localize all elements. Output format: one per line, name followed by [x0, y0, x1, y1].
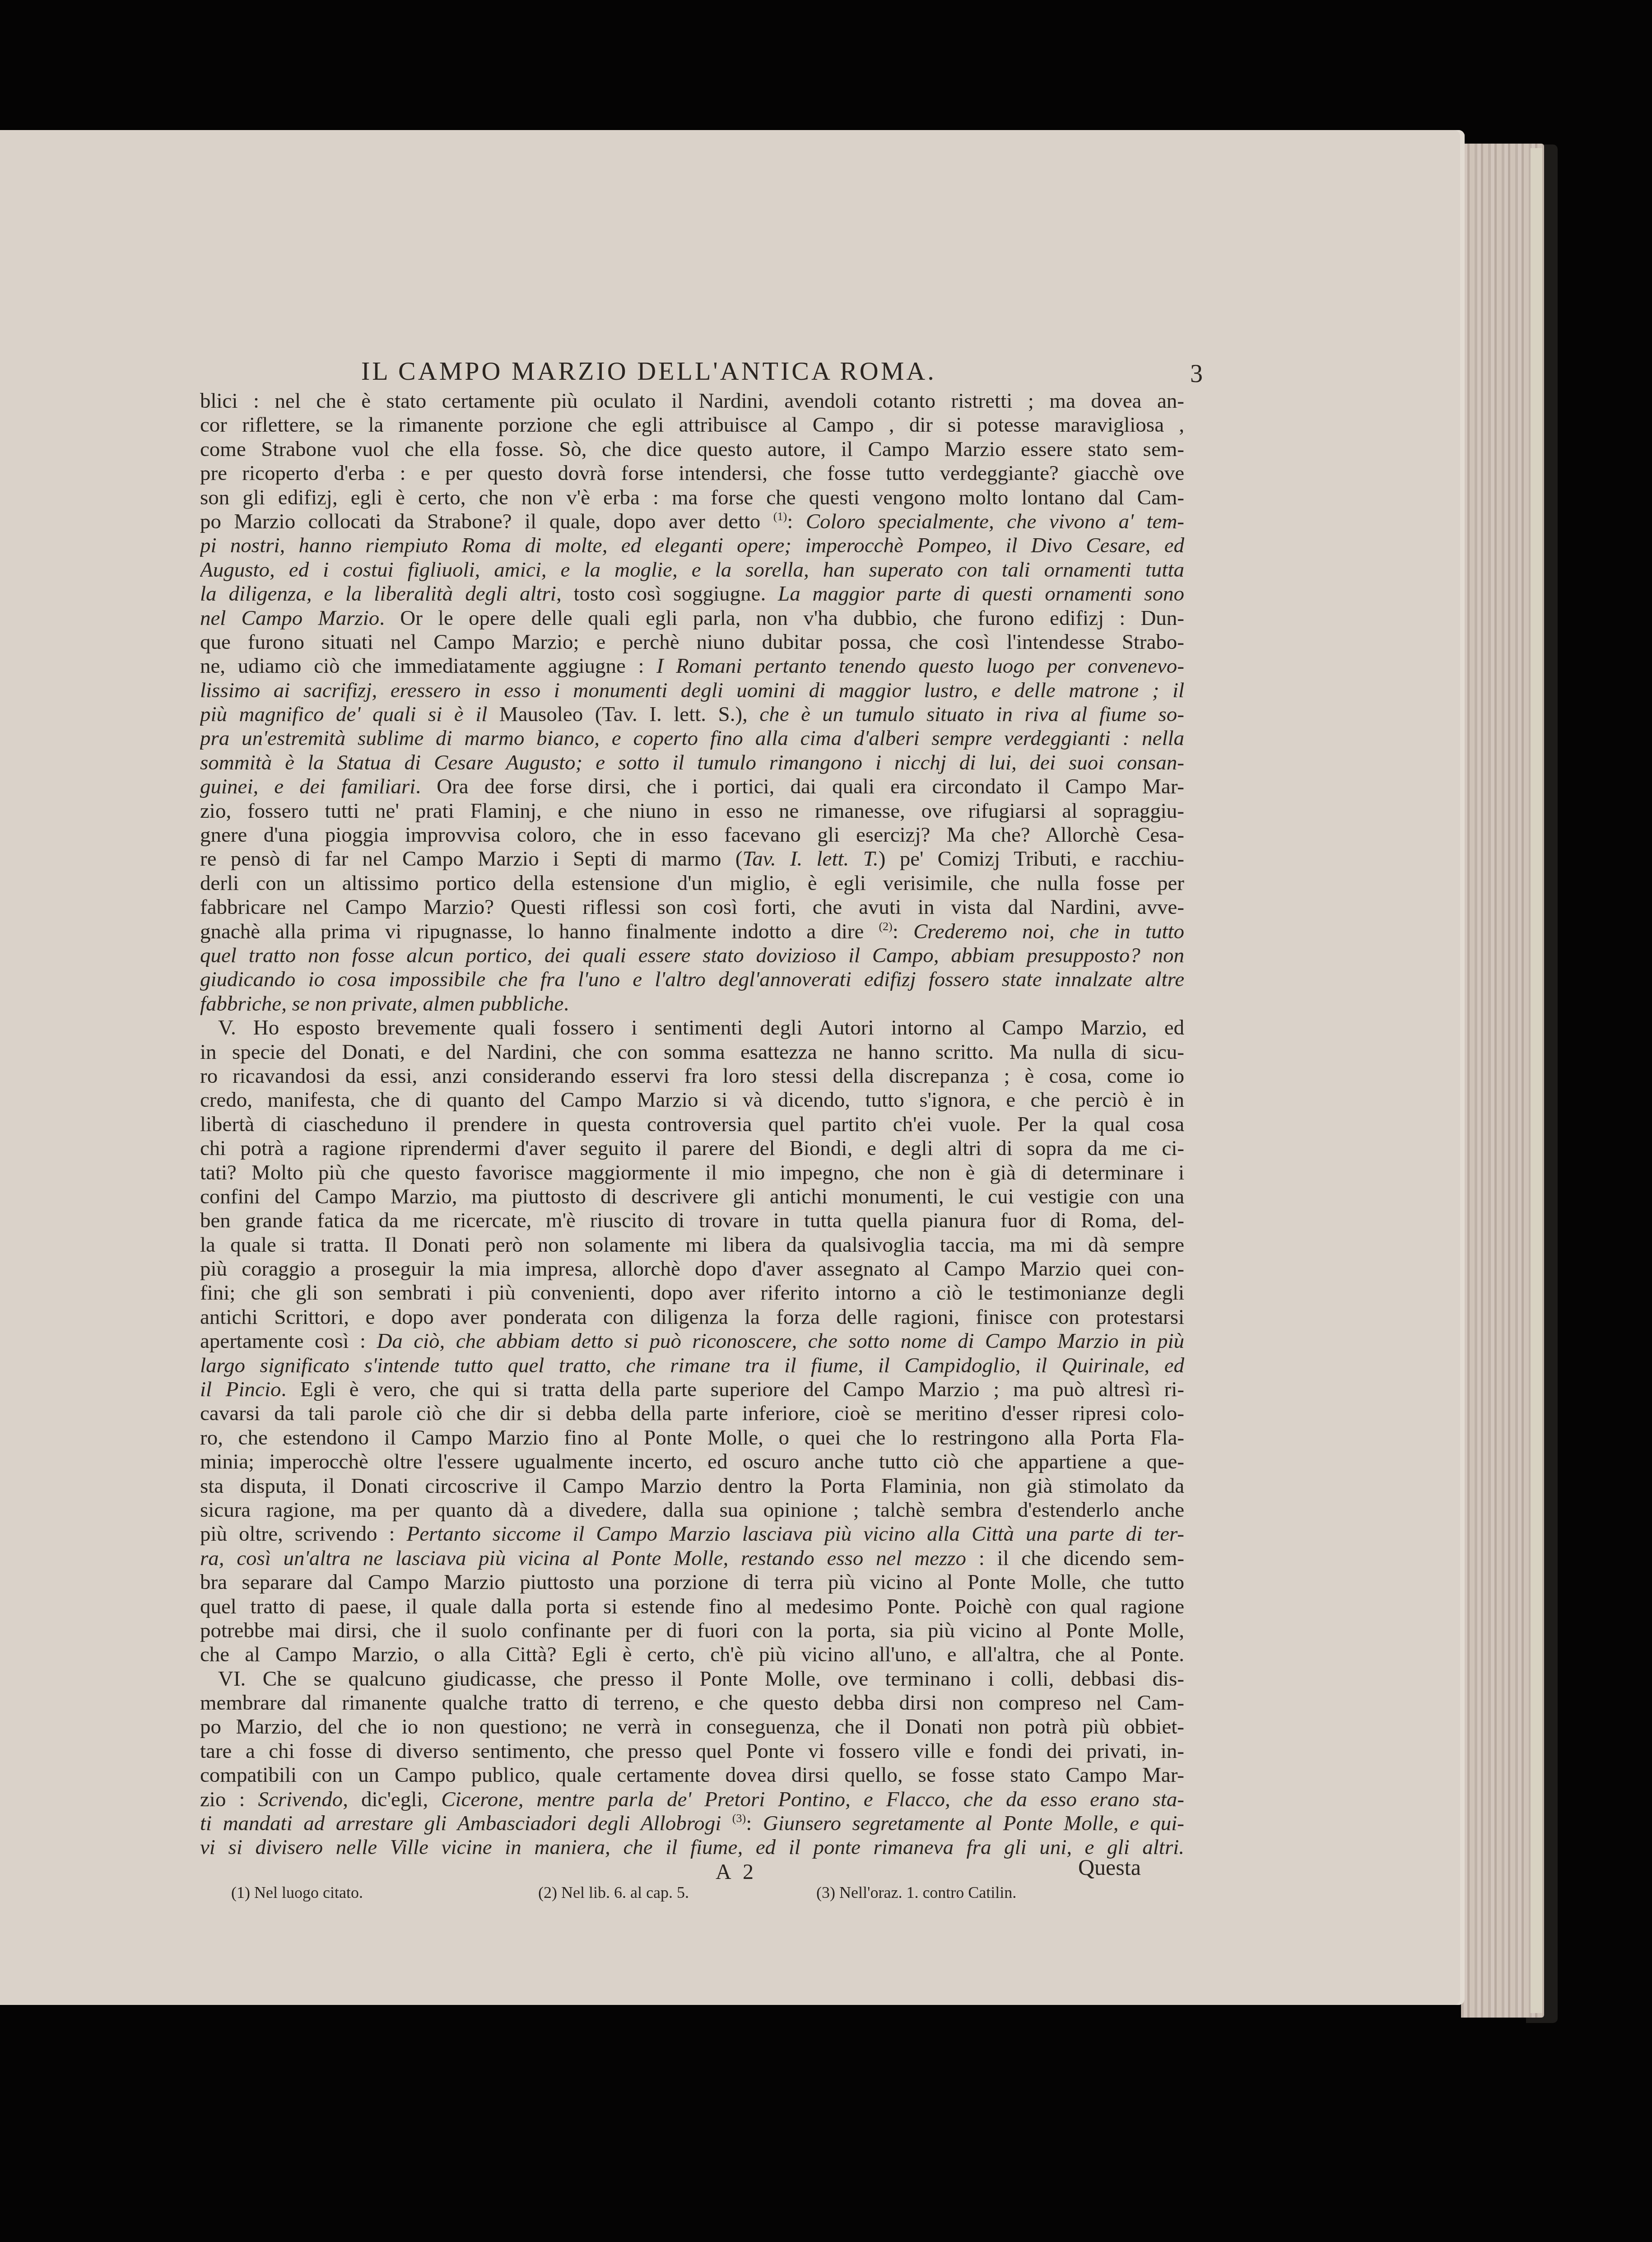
roman-run: gnere d'una pioggia improvvisa coloro, c…	[200, 823, 1184, 847]
text-line: minia; imperocchè oltre l'essere ugualme…	[200, 1450, 1184, 1474]
text-line: confini del Campo Marzio, ma piuttosto d…	[200, 1185, 1184, 1209]
italic-run: lissimo ai sacrifizj, eressero in esso i…	[200, 679, 1184, 702]
footnote: (1) Nel luogo citato.	[231, 1883, 363, 1902]
text-line: ro ricavandosi da essi, anzi considerand…	[200, 1064, 1184, 1088]
text-line: nel Campo Marzio. Or le opere delle qual…	[200, 606, 1184, 630]
italic-run: nel Campo Marzio	[200, 606, 379, 630]
page-edges-stack	[1461, 144, 1544, 2018]
roman-run: sta disputa, il Donati circoscrive il Ca…	[200, 1474, 1184, 1498]
italic-run: la diligenza, e la liberalità degli altr…	[200, 582, 556, 606]
roman-run: : il che dicendo sem-	[966, 1547, 1184, 1570]
italic-run: Scrivendo	[258, 1788, 343, 1811]
text-line: Augusto, ed i costui figliuoli, amici, e…	[200, 558, 1184, 582]
italic-run: Coloro specialmente, che vivono a' tem-	[806, 510, 1184, 533]
roman-run: bra separare dal Campo Marzio piuttosto …	[200, 1571, 1184, 1594]
text-line: ne, udiamo ciò che immediatamente aggiug…	[200, 654, 1184, 678]
footnote-ref: (2)	[879, 920, 892, 933]
roman-run: che al Campo Marzio, o alla Città? Egli …	[200, 1643, 1184, 1666]
text-line: sommità è la Statua di Cesare Augusto; e…	[200, 751, 1184, 775]
roman-run: più coraggio a proseguir la mia impresa,…	[200, 1257, 1184, 1281]
roman-run: ) pe' Comizj Tributi, e racchiu-	[879, 847, 1184, 871]
roman-run: minia; imperocchè oltre l'essere ugualme…	[200, 1450, 1184, 1473]
text-line: la quale si tratta. Il Donati però non s…	[200, 1233, 1184, 1257]
roman-run: zio, fossero tutti ne' prati Flaminj, e …	[200, 799, 1184, 823]
footnote: (3) Nell'oraz. 1. contro Catilin.	[816, 1883, 1016, 1902]
roman-run: blici : nel che è stato certamente più o…	[200, 389, 1184, 413]
italic-run: pi nostri, hanno riempiuto Roma di molte…	[200, 534, 1184, 557]
roman-run: . Egli è vero, che qui si tratta della p…	[281, 1378, 1184, 1401]
roman-run: ne, udiamo ciò che immediatamente aggiug…	[200, 654, 656, 678]
text-line: cor riflettere, se la rimanente porzione…	[200, 413, 1184, 437]
text-line: bra separare dal Campo Marzio piuttosto …	[200, 1571, 1184, 1594]
running-head: IL CAMPO MARZIO DELL'ANTICA ROMA.	[361, 356, 1056, 386]
roman-run: :	[893, 920, 913, 943]
italic-run: Cicerone, mentre parla de' Pretori Ponti…	[441, 1788, 1184, 1811]
roman-run: pre ricoperto d'erba : e per questo dovr…	[200, 461, 1184, 485]
text-line: VI. Che se qualcuno giudicasse, che pres…	[200, 1667, 1184, 1691]
roman-run: que furono situati nel Campo Marzio; e p…	[200, 630, 1184, 654]
text-line: la diligenza, e la liberalità degli altr…	[200, 582, 1184, 606]
catchword: Questa	[1078, 1854, 1141, 1880]
italic-run: giudicando io cosa impossibile che fra l…	[200, 968, 1184, 991]
text-line: apertamente così : Da ciò, che abbiam de…	[200, 1329, 1184, 1353]
text-line: sta disputa, il Donati circoscrive il Ca…	[200, 1474, 1184, 1498]
text-line: giudicando io cosa impossibile che fra l…	[200, 968, 1184, 992]
roman-run: antichi Scrittori, e dopo aver ponderata…	[200, 1305, 1184, 1329]
roman-run: tare a chi fosse di diverso sentimento, …	[200, 1739, 1184, 1763]
text-line: quel tratto di paese, il quale dalla por…	[200, 1595, 1184, 1619]
roman-run: ro, che estendono il Campo Marzio fino a…	[200, 1426, 1184, 1450]
text-line: pra un'estremità sublime di marmo bianco…	[200, 727, 1184, 750]
roman-run: più oltre, scrivendo :	[200, 1522, 406, 1546]
footnote-ref: (3)	[732, 1812, 746, 1825]
roman-run: tati? Molto più che questo favorisce mag…	[200, 1161, 1184, 1184]
text-line: re pensò di far nel Campo Marzio i Septi…	[200, 847, 1184, 871]
text-line: chi potrà a ragione riprendermi d'aver s…	[200, 1137, 1184, 1161]
roman-run: chi potrà a ragione riprendermi d'aver s…	[200, 1137, 1184, 1160]
roman-run: VI. Che se qualcuno giudicasse, che pres…	[218, 1667, 1184, 1691]
text-line: in specie del Donati, e del Nardini, che…	[200, 1040, 1184, 1064]
text-line: V. Ho esposto brevemente quali fossero i…	[200, 1016, 1184, 1040]
text-line: gnere d'una pioggia improvvisa coloro, c…	[200, 823, 1184, 847]
text-line: ro, che estendono il Campo Marzio fino a…	[200, 1426, 1184, 1450]
italic-run: ra, così un'altra ne lasciava più vicina…	[200, 1547, 966, 1570]
roman-run: cavarsi da tali parole ciò che dir si de…	[200, 1402, 1184, 1425]
roman-run: .	[563, 992, 569, 1016]
body-text: blici : nel che è stato certamente più o…	[200, 389, 1184, 1860]
roman-run: in specie del Donati, e del Nardini, che…	[200, 1040, 1184, 1064]
roman-run: . Or le opere delle quali egli parla, no…	[379, 606, 1184, 630]
roman-run: sicura ragione, ma per quanto dà a dived…	[200, 1498, 1184, 1522]
text-line: ti mandati ad arrestare gli Ambasciadori…	[200, 1812, 1184, 1836]
roman-run: confini del Campo Marzio, ma piuttosto d…	[200, 1185, 1184, 1208]
text-line: po Marzio collocati da Strabone? il qual…	[200, 510, 1184, 534]
roman-run: V. Ho esposto brevemente quali fossero i…	[218, 1016, 1184, 1039]
roman-run: po Marzio collocati da Strabone? il qual…	[200, 510, 773, 533]
italic-run: Augusto, ed i costui figliuoli, amici, e…	[200, 558, 1184, 582]
text-line: il Pincio. Egli è vero, che qui si tratt…	[200, 1378, 1184, 1402]
italic-run: pra un'estremità sublime di marmo bianco…	[200, 727, 1184, 750]
text-line: gnachè alla prima vi ripugnasse, lo hann…	[200, 920, 1184, 944]
roman-run: ro ricavandosi da essi, anzi considerand…	[200, 1064, 1184, 1088]
italic-run: sommità è la Statua di Cesare Augusto; e…	[200, 751, 1184, 774]
footnote-ref: (1)	[773, 510, 787, 523]
text-line: largo significato s'intende tutto quel t…	[200, 1354, 1184, 1378]
text-line: blici : nel che è stato certamente più o…	[200, 389, 1184, 413]
italic-run: , che è un tumulo situato in riva al fiu…	[742, 703, 1184, 726]
italic-run: Crederemo noi, che in tutto	[913, 920, 1184, 943]
roman-run: , dic'egli,	[343, 1788, 441, 1811]
text-line: son gli edifizj, egli è certo, che non v…	[200, 486, 1184, 510]
roman-run: membrare dal rimanente qualche tratto di…	[200, 1691, 1184, 1715]
text-line: tati? Molto più che questo favorisce mag…	[200, 1161, 1184, 1185]
roman-run: po Marzio, del che io non questiono; ne …	[200, 1715, 1184, 1739]
text-line: più magnifico de' quali si è il Mausoleo…	[200, 703, 1184, 727]
text-line: quel tratto non fosse alcun portico, dei…	[200, 944, 1184, 968]
text-line: lissimo ai sacrifizj, eressero in esso i…	[200, 679, 1184, 703]
text-line: compatibili con un Campo publico, quale …	[200, 1763, 1184, 1787]
italic-run: ti mandati ad arrestare gli Ambasciadori…	[200, 1812, 732, 1835]
roman-run: credo, manifesta, che di quanto del Camp…	[200, 1088, 1184, 1112]
text-line: fini; che gli son sembrati i più conveni…	[200, 1281, 1184, 1305]
roman-run: , tosto così soggiugne.	[556, 582, 778, 606]
italic-run: largo significato s'intende tutto quel t…	[200, 1354, 1184, 1377]
italic-run: quel tratto non fosse alcun portico, dei…	[200, 944, 1184, 967]
roman-run: gnachè alla prima vi ripugnasse, lo hann…	[200, 920, 879, 943]
roman-run: Mausoleo (Tav. I. lett. S.)	[499, 703, 742, 726]
roman-run: fini; che gli son sembrati i più conveni…	[200, 1281, 1184, 1305]
italic-run: Da ciò, che abbiam detto si può riconosc…	[377, 1329, 1184, 1353]
text-line: zio, fossero tutti ne' prati Flaminj, e …	[200, 799, 1184, 823]
text-line: que furono situati nel Campo Marzio; e p…	[200, 630, 1184, 654]
italic-run: Tav. I. lett. T.	[742, 847, 878, 871]
roman-run: come Strabone vuol che ella fosse. Sò, c…	[200, 438, 1184, 461]
roman-run: quel tratto di paese, il quale dalla por…	[200, 1595, 1184, 1618]
roman-run: fabbricare nel Campo Marzio? Questi rifl…	[200, 895, 1184, 919]
roman-run: :	[787, 510, 806, 533]
text-line: fabbricare nel Campo Marzio? Questi rifl…	[200, 895, 1184, 919]
roman-run: potrebbe mai dirsi, che il suolo confina…	[200, 1619, 1184, 1642]
text-line: guinei, e dei familiari. Ora dee forse d…	[200, 775, 1184, 799]
page-number: 3	[1190, 359, 1203, 388]
text-line: credo, manifesta, che di quanto del Camp…	[200, 1088, 1184, 1112]
roman-run: libertà di ciascheduno il prendere in qu…	[200, 1113, 1184, 1136]
text-line: antichi Scrittori, e dopo aver ponderata…	[200, 1305, 1184, 1329]
text-line: cavarsi da tali parole ciò che dir si de…	[200, 1402, 1184, 1426]
roman-run: . Ora dee forse dirsi, che i portici, da…	[415, 775, 1184, 798]
text-line: che al Campo Marzio, o alla Città? Egli …	[200, 1643, 1184, 1667]
italic-run: Giunsero segretamente al Ponte Molle, e …	[763, 1812, 1184, 1835]
roman-run: la quale si tratta. Il Donati però non s…	[200, 1233, 1184, 1257]
italic-run: fabbriche, se non private, almen pubblic…	[200, 992, 563, 1016]
text-line: più coraggio a proseguir la mia impresa,…	[200, 1257, 1184, 1281]
text-line: derli con un altissimo portico della est…	[200, 872, 1184, 895]
text-line: zio : Scrivendo, dic'egli, Cicerone, men…	[200, 1788, 1184, 1812]
text-line: come Strabone vuol che ella fosse. Sò, c…	[200, 438, 1184, 461]
text-line: ra, così un'altra ne lasciava più vicina…	[200, 1547, 1184, 1571]
text-line: più oltre, scrivendo : Pertanto siccome …	[200, 1522, 1184, 1546]
italic-run: La maggior parte di questi ornamenti son…	[778, 582, 1184, 606]
text-line: membrare dal rimanente qualche tratto di…	[200, 1691, 1184, 1715]
text-line: sicura ragione, ma per quanto dà a dived…	[200, 1498, 1184, 1522]
text-line: pi nostri, hanno riempiuto Roma di molte…	[200, 534, 1184, 558]
roman-run: son gli edifizj, egli è certo, che non v…	[200, 486, 1184, 509]
roman-run: compatibili con un Campo publico, quale …	[200, 1763, 1184, 1787]
roman-run: cor riflettere, se la rimanente porzione…	[200, 413, 1184, 437]
italic-run: Pertanto siccome il Campo Marzio lasciav…	[406, 1522, 1184, 1546]
text-line: libertà di ciascheduno il prendere in qu…	[200, 1113, 1184, 1137]
roman-run: derli con un altissimo portico della est…	[200, 872, 1184, 895]
signature-mark: A 2	[716, 1860, 757, 1884]
text-line: po Marzio, del che io non questiono; ne …	[200, 1715, 1184, 1739]
text-line: fabbriche, se non private, almen pubblic…	[200, 992, 1184, 1016]
italic-run: guinei, e dei familiari	[200, 775, 415, 798]
roman-run: zio :	[200, 1788, 258, 1811]
italic-run: più magnifico de' quali si è il	[200, 703, 499, 726]
text-line: pre ricoperto d'erba : e per questo dovr…	[200, 461, 1184, 485]
text-line: tare a chi fosse di diverso sentimento, …	[200, 1739, 1184, 1763]
italic-run: il Pincio	[200, 1378, 281, 1401]
text-line: vi si divisero nelle Ville vicine in man…	[200, 1836, 1184, 1860]
footnote: (2) Nel lib. 6. al cap. 5.	[538, 1883, 689, 1902]
text-line: ben grande fatica da me ricercate, m'è r…	[200, 1209, 1184, 1233]
roman-run: apertamente così :	[200, 1329, 377, 1353]
roman-run: :	[746, 1812, 763, 1835]
italic-run: vi si divisero nelle Ville vicine in man…	[200, 1836, 1184, 1859]
roman-run: re pensò di far nel Campo Marzio i Septi…	[200, 847, 742, 871]
italic-run: I Romani pertanto tenendo questo luogo p…	[656, 654, 1184, 678]
text-line: potrebbe mai dirsi, che il suolo confina…	[200, 1619, 1184, 1643]
roman-run: ben grande fatica da me ricercate, m'è r…	[200, 1209, 1184, 1232]
